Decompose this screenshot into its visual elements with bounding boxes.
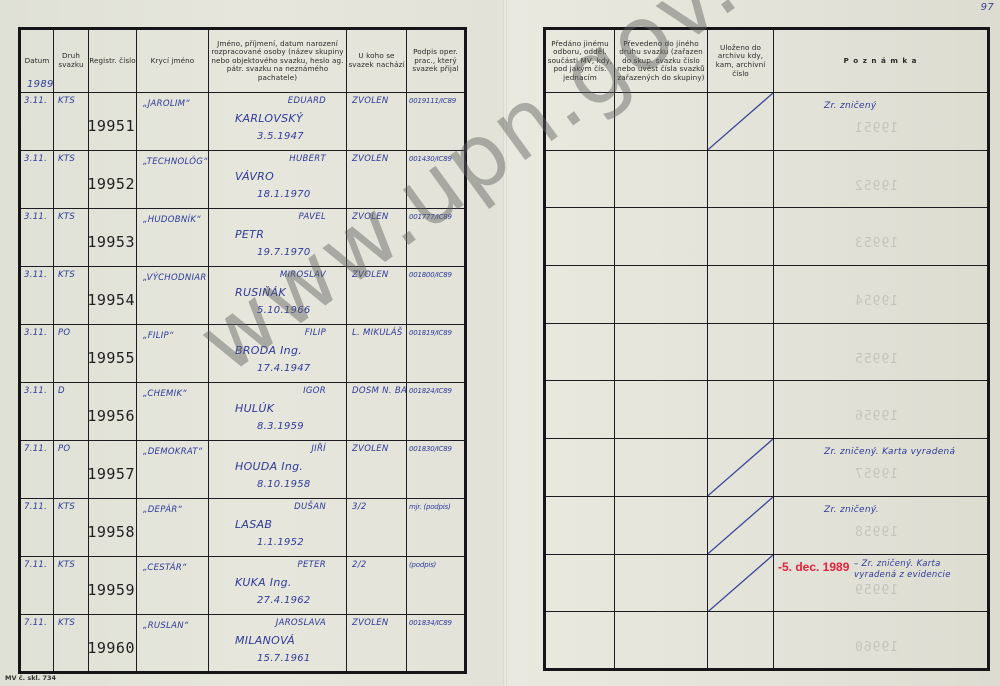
cell-date: 3.11. [20,151,54,209]
ghost-reg-number: 19956 [854,409,898,424]
birth-date: 17.4.1947 [257,363,311,374]
cover-name: „HUDOBNÍK“ [143,215,201,225]
cell-transferred [545,150,615,208]
cell-reg-number: 19953 [89,209,137,267]
table-row: 19959 -5. dec. 1989 – Zr. zničený. Karta… [545,554,989,612]
cell-archived [708,439,774,497]
header-signature: Podpis oper. prac., který svazek přijal [407,29,466,93]
cell-person: MIROSLAV RUSIŇÁK 5.10.1966 [209,267,347,325]
cell-converted [615,323,708,381]
birth-date: 8.10.1958 [257,479,311,490]
signature-value: 001834/IC89 [409,619,452,627]
signature-value: 001830/IC89 [409,445,452,453]
cell-transferred [545,439,615,497]
last-name: LASAB [235,518,272,531]
cell-archived [708,496,774,554]
birth-date: 19.7.1970 [257,247,311,258]
note-text: Zr. zničený [824,101,877,111]
type-value: KTS [58,560,75,570]
location-value: ZVOLEN [352,154,389,164]
book-spine [503,0,507,686]
cell-signature: mjr. (podpis) [407,499,466,557]
first-name: PAVEL [298,212,326,222]
first-name: DUŠAN [294,502,326,512]
last-name: RUSIŇÁK [235,286,286,299]
cell-cover-name: „TECHNOLÓG“ [137,151,209,209]
location-value: ZVOLEN [352,96,389,106]
cell-type: KTS [54,499,89,557]
form-code: MV č. skl. 734 [5,674,56,682]
first-name: EDUARD [288,96,326,106]
first-name: PETER [298,560,326,570]
cell-signature: 001430/IC89 [407,151,466,209]
cell-archived [708,208,774,266]
cell-cover-name: „FILIP“ [137,325,209,383]
cell-reg-number: 19954 [89,267,137,325]
location-value: ZVOLEN [352,444,389,454]
cell-reg-number: 19960 [89,615,137,673]
cover-name: „DEMOKRAT“ [143,447,203,457]
table-row: 3.11. KTS 19954 „VÝCHODNIAR“ MIROSLAV RU… [20,267,466,325]
cell-person: JAROSLAVA MILANOVÁ 15.7.1961 [209,615,347,673]
first-name: MIROSLAV [280,270,326,280]
ghost-reg-number: 19951 [854,121,898,136]
type-value: KTS [58,618,75,628]
cell-type: PO [54,325,89,383]
table-row: 19952 [545,150,989,208]
cell-transferred [545,612,615,670]
cover-name: „DEPÁR“ [143,505,182,515]
table-row: 7.11. KTS 19959 „CESTÁR“ PETER KUKA Ing.… [20,557,466,615]
cell-note: 19953 [774,208,989,266]
cell-archived [708,93,774,151]
cell-person: DUŠAN LASAB 1.1.1952 [209,499,347,557]
birth-date: 5.10.1966 [257,305,311,316]
cell-note: 19956 [774,381,989,439]
header-reg-number: Registr. číslo [89,29,137,93]
date-value: 3.11. [24,386,47,396]
location-value: DOSM N. BAŇA [352,386,407,396]
cell-date: 3.11. [20,93,54,151]
reg-number: 19960 [89,639,136,657]
cell-reg-number: 19955 [89,325,137,383]
cell-converted [615,381,708,439]
date-value: 7.11. [24,502,47,512]
cell-type: KTS [54,267,89,325]
cell-signature: 001800/IC89 [407,267,466,325]
cell-converted [615,93,708,151]
table-row: 19957 Zr. zničený. Karta vyradená [545,439,989,497]
cell-date: 3.11. [20,383,54,441]
note-text: – Zr. zničený. Karta vyradená z evidenci… [854,559,982,581]
ghost-reg-number: 19955 [854,352,898,367]
cell-reg-number: 19956 [89,383,137,441]
table-row: 3.11. KTS 19951 „JAROLIM“ EDUARD KARLOVS… [20,93,466,151]
cell-signature: 0019111/IC89 [407,93,466,151]
archived-slash-mark [708,497,773,554]
location-value: L. MIKULÁŠ [352,328,403,338]
cell-date: 3.11. [20,267,54,325]
signature-value: mjr. (podpis) [409,503,451,511]
cell-converted [615,554,708,612]
archived-slash-mark [708,555,773,612]
cell-date: 7.11. [20,499,54,557]
last-name: BRODA Ing. [235,344,302,357]
first-name: JIŘÍ [311,444,326,454]
reg-number: 19956 [89,407,136,425]
cell-note: 19954 [774,266,989,324]
reg-number: 19953 [89,233,136,251]
cell-converted [615,208,708,266]
type-value: KTS [58,212,75,222]
cell-cover-name: „DEPÁR“ [137,499,209,557]
date-value: 7.11. [24,444,47,454]
cell-signature: 001819/IC89 [407,325,466,383]
header-type: Druh svazku [54,29,89,93]
type-value: KTS [58,154,75,164]
cell-type: KTS [54,615,89,673]
cell-person: JIŘÍ HOUDA Ing. 8.10.1958 [209,441,347,499]
cell-signature: 001777/IC89 [407,209,466,267]
location-value: ZVOLEN [352,618,389,628]
location-value: 3/2 [352,502,367,512]
cell-location: L. MIKULÁŠ [347,325,407,383]
cell-note: 19959 -5. dec. 1989 – Zr. zničený. Karta… [774,554,989,612]
location-value: 2/2 [352,560,367,570]
cell-archived [708,612,774,670]
cell-archived [708,323,774,381]
header-cover-name: Krycí jméno [137,29,209,93]
date-stamp: -5. dec. 1989 [778,560,849,574]
table-row: 19954 [545,266,989,324]
note-text: Zr. zničený. [824,505,879,515]
signature-value: (podpis) [409,561,436,569]
birth-date: 15.7.1961 [257,653,311,664]
date-value: 3.11. [24,154,47,164]
reg-number: 19952 [89,175,136,193]
reg-number: 19958 [89,523,136,541]
cell-location: DOSM N. BAŇA [347,383,407,441]
cell-converted [615,266,708,324]
table-row: 19955 [545,323,989,381]
header-date-label: Datum [25,56,50,65]
location-value: ZVOLEN [352,270,389,280]
cell-cover-name: „HUDOBNÍK“ [137,209,209,267]
cell-converted [615,496,708,554]
cell-location: ZVOLEN [347,151,407,209]
date-value: 3.11. [24,328,47,338]
header-person: Jméno, příjmení, datum narození rozpraco… [209,29,347,93]
registry-table-right: Předáno jinému odboru, odděl. součásti M… [543,27,990,671]
cover-name: „JAROLIM“ [143,99,190,109]
cell-archived [708,554,774,612]
table-row: 3.11. D 19956 „CHEMIK“ IGOR HULÚK 8.3.19… [20,383,466,441]
cover-name: „TECHNOLÓG“ [143,157,208,167]
cell-reg-number: 19951 [89,93,137,151]
cover-name: „CHEMIK“ [143,389,187,399]
cell-transferred [545,266,615,324]
cell-person: EDUARD KARLOVSKÝ 3.5.1947 [209,93,347,151]
location-value: ZVOLEN [352,212,389,222]
cell-signature: (podpis) [407,557,466,615]
type-value: PO [58,444,70,454]
cell-note: 19960 [774,612,989,670]
cell-note: 19955 [774,323,989,381]
date-value: 7.11. [24,618,47,628]
ghost-reg-number: 19958 [854,525,898,540]
header-transferred: Předáno jinému odboru, odděl. součásti M… [545,29,615,93]
cell-note: 19952 [774,150,989,208]
header-location: U koho se svazek nachází [347,29,407,93]
cell-transferred [545,323,615,381]
reg-number: 19951 [89,117,136,135]
first-name: FILIP [305,328,326,338]
birth-date: 18.1.1970 [257,189,311,200]
cell-transferred [545,496,615,554]
ghost-reg-number: 19953 [854,236,898,251]
cell-signature: 001834/IC89 [407,615,466,673]
cell-person: IGOR HULÚK 8.3.1959 [209,383,347,441]
page-number: 97 [981,2,994,13]
cell-archived [708,381,774,439]
birth-date: 27.4.1962 [257,595,311,606]
birth-date: 8.3.1959 [257,421,304,432]
cell-cover-name: „VÝCHODNIAR“ [137,267,209,325]
cell-archived [708,150,774,208]
cell-type: KTS [54,557,89,615]
cell-note: 19957 Zr. zničený. Karta vyradená [774,439,989,497]
header-date: Datum 1989 [20,29,54,93]
year-handwritten: 1989 [27,81,54,90]
last-name: VÁVRO [235,170,274,183]
cell-person: PAVEL PETR 19.7.1970 [209,209,347,267]
cell-transferred [545,208,615,266]
date-value: 7.11. [24,560,47,570]
cover-name: „VÝCHODNIAR“ [143,273,209,283]
signature-value: 001777/IC89 [409,213,452,221]
header-archived: Uloženo do archivu kdy, kam, archivní čí… [708,29,774,93]
cover-name: „RUSLAN“ [143,621,189,631]
cell-location: ZVOLEN [347,93,407,151]
cell-location: 3/2 [347,499,407,557]
last-name: PETR [235,228,264,241]
cell-date: 7.11. [20,557,54,615]
cell-type: KTS [54,93,89,151]
cell-note: 19958 Zr. zničený. [774,496,989,554]
birth-date: 3.5.1947 [257,131,304,142]
signature-value: 0019111/IC89 [409,97,456,105]
last-name: KUKA Ing. [235,576,292,589]
birth-date: 1.1.1952 [257,537,304,548]
table-row: 19951 Zr. zničený [545,93,989,151]
last-name: KARLOVSKÝ [235,112,303,125]
note-text: Zr. zničený. Karta vyradená [824,447,955,457]
table-row: 19956 [545,381,989,439]
cell-type: D [54,383,89,441]
ghost-reg-number: 19952 [854,179,898,194]
header-note: P o z n á m k a [774,29,989,93]
signature-value: 001824/IC89 [409,387,452,395]
table-row: 3.11. KTS 19953 „HUDOBNÍK“ PAVEL PETR 19… [20,209,466,267]
archived-slash-mark [708,93,773,150]
cover-name: „FILIP“ [143,331,174,341]
cell-reg-number: 19957 [89,441,137,499]
first-name: JAROSLAVA [276,618,326,628]
cell-location: ZVOLEN [347,267,407,325]
last-name: HOUDA Ing. [235,460,303,473]
table-row: 3.11. PO 19955 „FILIP“ FILIP BRODA Ing. … [20,325,466,383]
reg-number: 19955 [89,349,136,367]
cell-type: PO [54,441,89,499]
ghost-reg-number: 19954 [854,294,898,309]
cell-signature: 001830/IC89 [407,441,466,499]
signature-value: 001819/IC89 [409,329,452,337]
cell-location: ZVOLEN [347,615,407,673]
archived-slash-mark [708,439,773,496]
type-value: KTS [58,270,75,280]
cell-cover-name: „RUSLAN“ [137,615,209,673]
table-row: 7.11. PO 19957 „DEMOKRAT“ JIŘÍ HOUDA Ing… [20,441,466,499]
first-name: HUBERT [289,154,326,164]
first-name: IGOR [303,386,326,396]
cell-type: KTS [54,151,89,209]
table-row: 19960 [545,612,989,670]
cell-converted [615,150,708,208]
cell-date: 7.11. [20,441,54,499]
type-value: KTS [58,96,75,106]
table-row: 3.11. KTS 19952 „TECHNOLÓG“ HUBERT VÁVRO… [20,151,466,209]
cell-transferred [545,93,615,151]
last-name: HULÚK [235,402,274,415]
cell-note: 19951 Zr. zničený [774,93,989,151]
cell-person: PETER KUKA Ing. 27.4.1962 [209,557,347,615]
cell-transferred [545,381,615,439]
cell-date: 3.11. [20,209,54,267]
cell-signature: 001824/IC89 [407,383,466,441]
cell-converted [615,439,708,497]
table-row: 7.11. KTS 19958 „DEPÁR“ DUŠAN LASAB 1.1.… [20,499,466,557]
type-value: D [58,386,65,396]
cell-reg-number: 19952 [89,151,137,209]
table-row: 19953 [545,208,989,266]
cell-cover-name: „CESTÁR“ [137,557,209,615]
header-converted: Převedeno do jiného druhu svazku (zařaze… [615,29,708,93]
ghost-reg-number: 19960 [854,640,898,655]
date-value: 3.11. [24,270,47,280]
cell-location: 2/2 [347,557,407,615]
last-name: MILANOVÁ [235,634,295,647]
cell-converted [615,612,708,670]
ghost-reg-number: 19957 [854,467,898,482]
ghost-reg-number: 19959 [854,583,898,598]
cell-location: ZVOLEN [347,441,407,499]
type-value: PO [58,328,70,338]
cell-type: KTS [54,209,89,267]
cell-cover-name: „DEMOKRAT“ [137,441,209,499]
cell-transferred [545,554,615,612]
cell-date: 7.11. [20,615,54,673]
cell-cover-name: „CHEMIK“ [137,383,209,441]
date-value: 3.11. [24,212,47,222]
cell-person: FILIP BRODA Ing. 17.4.1947 [209,325,347,383]
table-row: 7.11. KTS 19960 „RUSLAN“ JAROSLAVA MILAN… [20,615,466,673]
cover-name: „CESTÁR“ [143,563,187,573]
date-value: 3.11. [24,96,47,106]
registry-table-left: Datum 1989 Druh svazku Registr. číslo Kr… [18,27,467,674]
signature-value: 001800/IC89 [409,271,452,279]
cell-location: ZVOLEN [347,209,407,267]
cell-reg-number: 19958 [89,499,137,557]
type-value: KTS [58,502,75,512]
signature-value: 001430/IC89 [409,155,452,163]
cell-reg-number: 19959 [89,557,137,615]
reg-number: 19954 [89,291,136,309]
cell-archived [708,266,774,324]
reg-number: 19959 [89,581,136,599]
table-row: 19958 Zr. zničený. [545,496,989,554]
cell-date: 3.11. [20,325,54,383]
reg-number: 19957 [89,465,136,483]
cell-cover-name: „JAROLIM“ [137,93,209,151]
cell-person: HUBERT VÁVRO 18.1.1970 [209,151,347,209]
